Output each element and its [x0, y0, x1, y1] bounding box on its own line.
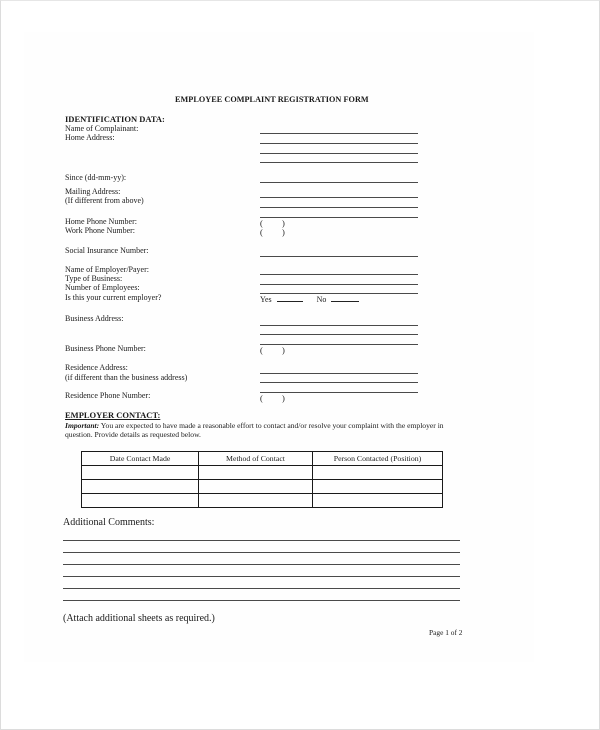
label-social-insurance: Social Insurance Number: [65, 246, 149, 256]
cell-person[interactable] [313, 480, 443, 494]
no-field[interactable] [331, 295, 359, 302]
residence-address-field-2[interactable] [260, 382, 418, 383]
cell-person[interactable] [313, 494, 443, 508]
label-residence-address: Residence Address: [65, 363, 128, 373]
name-of-complainant-field[interactable] [260, 133, 418, 134]
work-phone-close-paren: ) [263, 227, 285, 237]
work-phone-field[interactable]: () [260, 227, 285, 237]
label-home-address: Home Address: [65, 133, 115, 143]
column-header-date: Date Contact Made [82, 452, 199, 466]
label-since: Since (dd-mm-yy): [65, 173, 126, 183]
label-current-employer: Is this your current employer? [65, 293, 161, 303]
business-address-field-2[interactable] [260, 334, 418, 335]
column-header-method: Method of Contact [199, 452, 313, 466]
cell-date[interactable] [82, 480, 199, 494]
business-type-field[interactable] [260, 284, 418, 285]
business-phone-field[interactable]: () [260, 345, 285, 355]
comment-line-field[interactable] [63, 588, 460, 589]
comment-line-field[interactable] [63, 552, 460, 553]
no-label: No [317, 295, 327, 304]
page-indicator: Page 1 of 2 [429, 628, 462, 637]
home-address-field-2[interactable] [260, 153, 418, 154]
important-text: You are expected to have made a reasonab… [65, 421, 444, 439]
comment-line-field[interactable] [63, 600, 460, 601]
employer-contact-heading: EMPLOYER CONTACT: [65, 410, 160, 420]
cell-method[interactable] [199, 494, 313, 508]
table-row [82, 466, 443, 480]
label-residence-address-note: (if different than the business address) [65, 373, 187, 383]
label-business-phone: Business Phone Number: [65, 344, 146, 354]
yes-label: Yes [260, 295, 272, 304]
cell-person[interactable] [313, 466, 443, 480]
attach-note: (Attach additional sheets as required.) [63, 613, 215, 624]
table-row [82, 494, 443, 508]
business-address-field-1[interactable] [260, 325, 418, 326]
home-address-field-3[interactable] [260, 162, 418, 163]
employer-contact-table: Date Contact Made Method of Contact Pers… [81, 451, 443, 508]
identification-heading: IDENTIFICATION DATA: [65, 114, 165, 124]
residence-phone-close-paren: ) [263, 393, 285, 403]
cell-date[interactable] [82, 494, 199, 508]
residence-phone-field[interactable]: () [260, 393, 285, 403]
employee-count-field[interactable] [260, 293, 418, 294]
additional-comments-heading: Additional Comments: [63, 517, 154, 528]
label-work-phone: Work Phone Number: [65, 226, 135, 236]
cell-method[interactable] [199, 480, 313, 494]
table-row [82, 480, 443, 494]
important-note: Important: You are expected to have made… [65, 421, 460, 440]
cell-date[interactable] [82, 466, 199, 480]
table-header-row: Date Contact Made Method of Contact Pers… [82, 452, 443, 466]
current-employer-choice: Yes No [260, 295, 359, 304]
form-title: EMPLOYEE COMPLAINT REGISTRATION FORM [175, 95, 369, 104]
since-field[interactable] [260, 182, 418, 183]
residence-address-field-1[interactable] [260, 373, 418, 374]
mailing-address-field-2[interactable] [260, 207, 418, 208]
column-header-person: Person Contacted (Position) [313, 452, 443, 466]
business-phone-close-paren: ) [263, 345, 285, 355]
employer-name-field[interactable] [260, 274, 418, 275]
social-insurance-field[interactable] [260, 256, 418, 257]
label-employee-count: Number of Employees: [65, 283, 140, 293]
label-business-address: Business Address: [65, 314, 123, 324]
label-mailing-address-note: (If different from above) [65, 196, 144, 206]
home-address-field-1[interactable] [260, 143, 418, 144]
mailing-address-field-1[interactable] [260, 197, 418, 198]
cell-method[interactable] [199, 466, 313, 480]
label-residence-phone: Residence Phone Number: [65, 391, 150, 401]
important-label: Important: [65, 421, 99, 430]
comment-line-field[interactable] [63, 564, 460, 565]
yes-field[interactable] [277, 295, 303, 302]
comment-line-field[interactable] [63, 540, 460, 541]
comment-line-field[interactable] [63, 576, 460, 577]
